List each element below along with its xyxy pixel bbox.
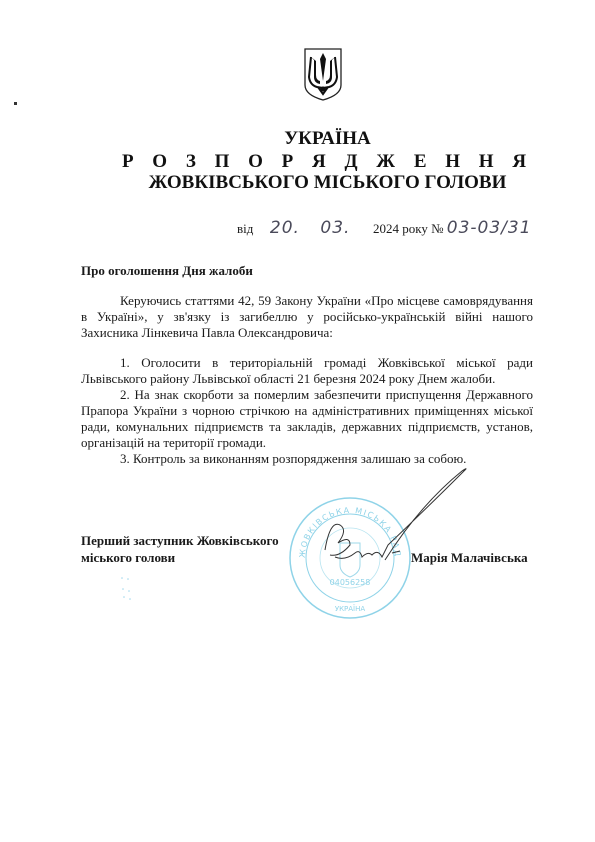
preamble-paragraph: Керуючись статтями 42, 59 Закону України… — [81, 293, 533, 341]
header-issuer: ЖОВКІВСЬКОГО МІСЬКОГО ГОЛОВИ — [30, 172, 595, 194]
order-item-1: 1. Оголосити в територіальній громаді Жо… — [81, 355, 533, 387]
date-year: 2024 — [373, 221, 399, 236]
document-page: УКРАЇНА Р О З П О Р Я Д Ж Е Н Н Я ЖОВКІВ… — [0, 0, 595, 842]
dateline: від 20. 03. 2024 року № 03-03/31 — [237, 218, 532, 238]
document-subject: Про оголошення Дня жалоби — [81, 263, 253, 279]
date-from-label: від — [237, 221, 253, 236]
doc-number-handwritten: 03-03/31 — [447, 218, 532, 238]
trident-coat-of-arms-icon — [303, 47, 343, 102]
header-country: УКРАЇНА — [30, 128, 595, 150]
date-day-handwritten: 20. — [270, 218, 300, 238]
scan-artifact-dots — [118, 575, 138, 605]
signer-title: Перший заступник Жовківського міського г… — [81, 532, 279, 566]
signer-name: Марія Малачівська — [411, 550, 528, 566]
date-year-label: року — [402, 221, 428, 236]
handwritten-signature — [300, 465, 500, 585]
doc-number-label: № — [431, 221, 443, 236]
scan-artifact — [14, 102, 17, 105]
order-item-2: 2. На знак скорботи за померлим забезпеч… — [81, 387, 533, 451]
signer-title-line1: Перший заступник Жовківського — [81, 532, 279, 549]
svg-text:УКРАЇНА: УКРАЇНА — [335, 604, 366, 613]
header-doc-type: Р О З П О Р Я Д Ж Е Н Н Я — [30, 151, 595, 173]
date-month-handwritten: 03. — [320, 218, 350, 238]
signer-title-line2: міського голови — [81, 549, 279, 566]
